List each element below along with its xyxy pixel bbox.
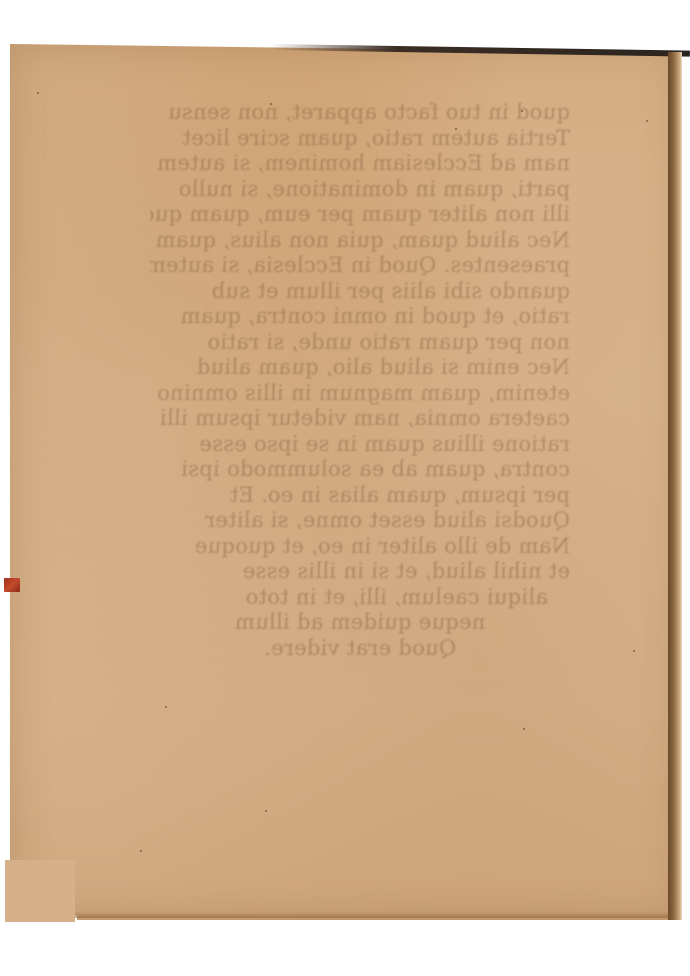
paper-speck — [646, 120, 648, 122]
page-bottom-edge — [75, 912, 670, 918]
bleed-line: Nam de illo aliter in eo, et quoque — [150, 534, 570, 560]
paper-speck — [270, 103, 272, 105]
bleed-line: Nec enim si aliud alio, quam aliud — [150, 355, 570, 381]
show-through-text: quod in tuo facto apparet, non sensu Ter… — [150, 100, 570, 661]
bleed-line: neque quidem ad illum — [150, 610, 570, 636]
bleed-line: illi non aliter quam per eum, quam quod — [150, 202, 570, 228]
bleed-line: quod in tuo facto apparet, non sensu — [150, 100, 570, 126]
bleed-line: non per quam ratio unde, si ratio — [150, 330, 570, 356]
bleed-line: nam ad Ecclesiam hominem, si autem — [150, 151, 570, 177]
bleed-line: praesentes. Quod in Ecclesia, si autem — [150, 253, 570, 279]
bleed-line: Quodsi aliud esset omne, si aliter — [150, 508, 570, 534]
paper-speck — [165, 706, 167, 708]
paper-speck — [521, 110, 523, 112]
bleed-line: aliqui caelum, illi, et in toto — [150, 585, 570, 611]
page-bottom-left-flap — [5, 860, 75, 922]
bleed-line: Nec aliud quam, quia non alius, quam — [150, 228, 570, 254]
paper-speck — [523, 728, 525, 730]
bleed-line: ratione illius quam in se ipso esse — [150, 432, 570, 458]
bleed-line: per ipsum, quam alias in eo. Et — [150, 483, 570, 509]
red-marker-tab — [4, 578, 20, 592]
paper-speck — [633, 650, 635, 652]
bleed-line: contra, quam ab ea solummodo ipsi — [150, 457, 570, 483]
bleed-line: etenim, quam magnum in illis omnino — [150, 381, 570, 407]
bleed-line: et nihil aliud, et si in illis esse — [150, 559, 570, 585]
bleed-line: quando sibi aliis per illum et sub — [150, 279, 570, 305]
bleed-line: Tertia autem ratio, quam scire licet — [150, 126, 570, 152]
bleed-line: parti, quam in dominatione, si nullo — [150, 177, 570, 203]
paper-speck — [37, 92, 39, 94]
paper-speck — [455, 128, 457, 130]
paper-speck — [265, 810, 267, 812]
bleed-line: caetera omnia, nam videtur ipsum illi — [150, 406, 570, 432]
binding-edge — [668, 52, 682, 920]
paper-speck — [140, 850, 142, 852]
bleed-line: ratio, et quod in omni contra, quam — [150, 304, 570, 330]
bleed-line: Quod erat videre. — [150, 636, 570, 662]
